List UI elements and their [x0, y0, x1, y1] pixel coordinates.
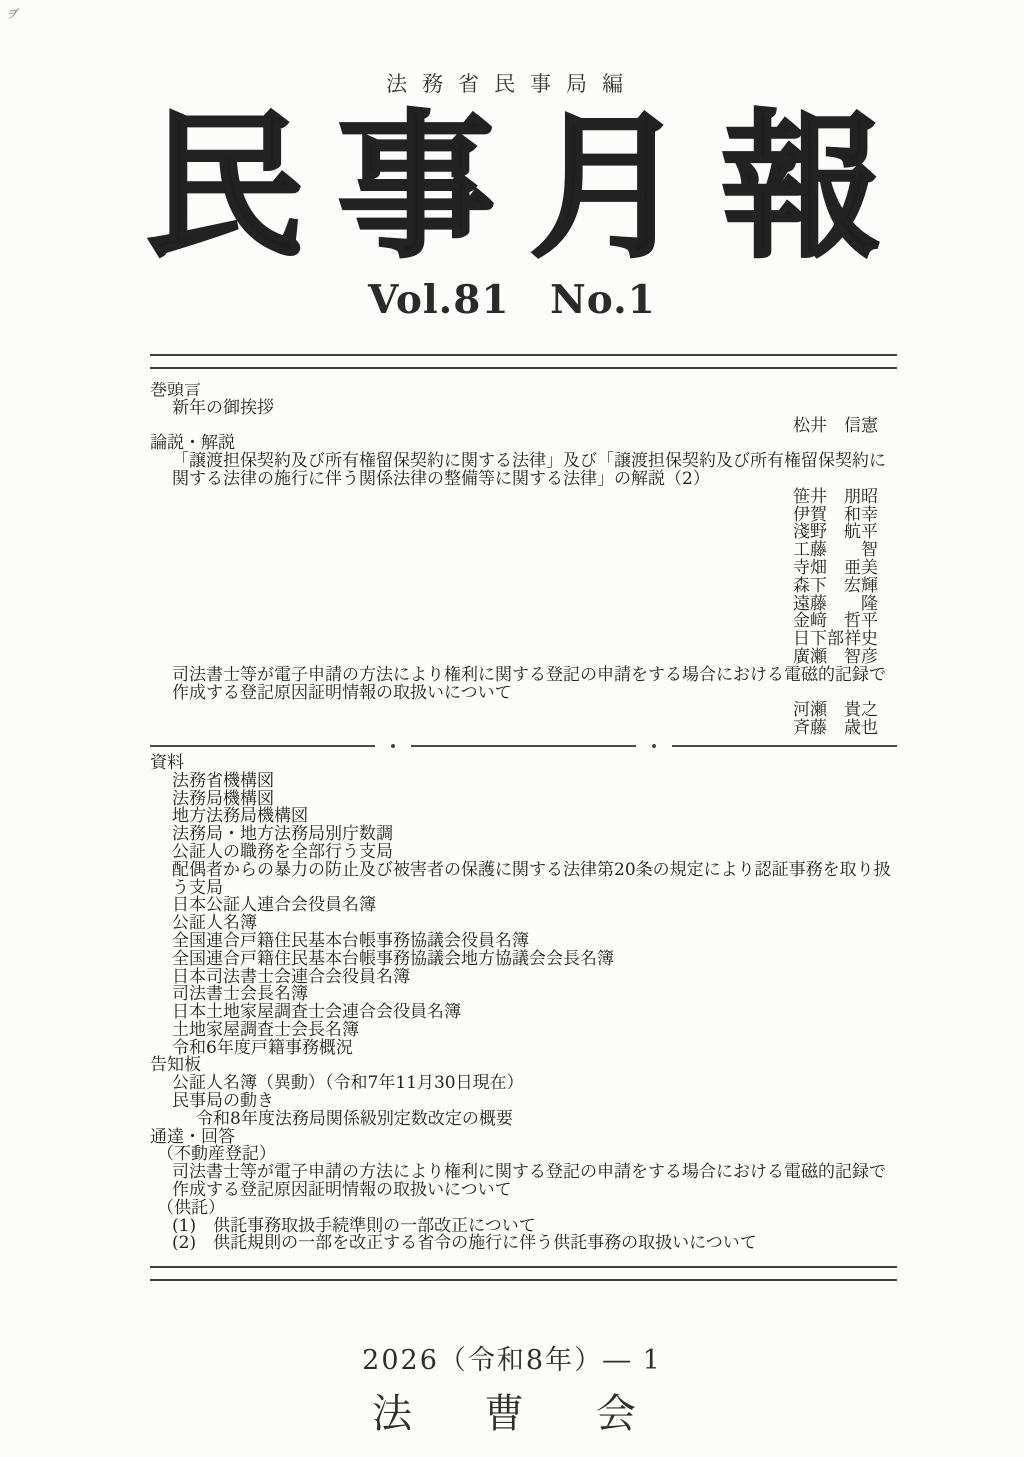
- author-name: 遠藤 隆: [150, 596, 897, 614]
- toc-entry: 配偶者からの暴力の防止及び被害者の保護に関する法律第20条の規定により認証事務を…: [150, 862, 897, 898]
- top-double-rule: [150, 354, 897, 369]
- divider-line: [411, 745, 636, 747]
- table-of-contents: 巻頭言 新年の御挨拶 松井 信憲 論説・解説 「譲渡担保契約及び所有権留保契約に…: [150, 382, 897, 1253]
- toc-entry: 司法書士等が電子申請の方法により権利に関する登記の申請をする場合における電磁的記…: [150, 1164, 897, 1200]
- editor-line: 法務省民事局編: [0, 0, 1024, 98]
- toc-entry: 司法書士等が電子申請の方法により権利に関する登記の申請をする場合における電磁的記…: [150, 667, 897, 703]
- divider-dot: [652, 744, 656, 748]
- author-name: 金﨑 哲平: [150, 613, 897, 631]
- toc-entry: 日本公証人連合会役員名簿: [150, 897, 897, 915]
- toc-entry: 全国連合戸籍住民基本台帳事務協議会地方協議会会長名簿: [150, 951, 897, 969]
- author-name: 松井 信憲: [150, 418, 897, 436]
- toc-group-label: （供託）: [150, 1200, 897, 1218]
- toc-entry: (2) 供託規則の一部を改正する省令の施行に伴う供託事務の取扱いについて: [150, 1235, 897, 1253]
- toc-entry: 法務省機構図: [150, 773, 897, 791]
- author-name: 斉藤 歳也: [150, 720, 897, 738]
- divider-dot: [391, 744, 395, 748]
- scan-artifact: ヺ: [6, 5, 20, 22]
- author-name: 淺野 航平: [150, 524, 897, 542]
- toc-entry: 令和6年度戸籍事務概況: [150, 1040, 897, 1058]
- divider-line: [672, 745, 897, 747]
- volume-issue-line: Vol.81 No.1: [0, 277, 1024, 323]
- author-name: 河瀬 貴之: [150, 702, 897, 720]
- header: 法務省民事局編 民事月報 Vol.81 No.1: [0, 0, 1024, 323]
- author-name: 笹井 朋昭: [150, 489, 897, 507]
- toc-subentry: 令和8年度法務局関係級別定数改定の概要: [150, 1111, 897, 1129]
- publisher-name: 法 曹 会: [0, 1382, 1024, 1439]
- section-divider: [150, 744, 897, 748]
- bottom-double-rule: [150, 1266, 897, 1281]
- magazine-title: 民事月報: [34, 100, 1024, 277]
- author-name: 工藤 智: [150, 542, 897, 560]
- author-name: 寺畑 亜美: [150, 560, 897, 578]
- toc-entry: 「譲渡担保契約及び所有権留保契約に関する法律」及び「譲渡担保契約及び所有権留保契…: [150, 453, 897, 489]
- issue-number-label: No.1: [550, 277, 656, 323]
- magazine-cover-page: ヺ 法務省民事局編 民事月報 Vol.81 No.1 巻頭言 新年の御挨拶 松井…: [0, 0, 1024, 1457]
- author-name: 森下 宏輝: [150, 578, 897, 596]
- author-name: 日下部祥史: [150, 631, 897, 649]
- volume-label: Vol.81: [368, 277, 509, 323]
- toc-entry: 新年の御挨拶: [150, 400, 897, 418]
- author-name: 伊賀 和幸: [150, 507, 897, 525]
- divider-line: [150, 745, 375, 747]
- issue-date-line: 2026（令和8年）― 1: [0, 1338, 1024, 1377]
